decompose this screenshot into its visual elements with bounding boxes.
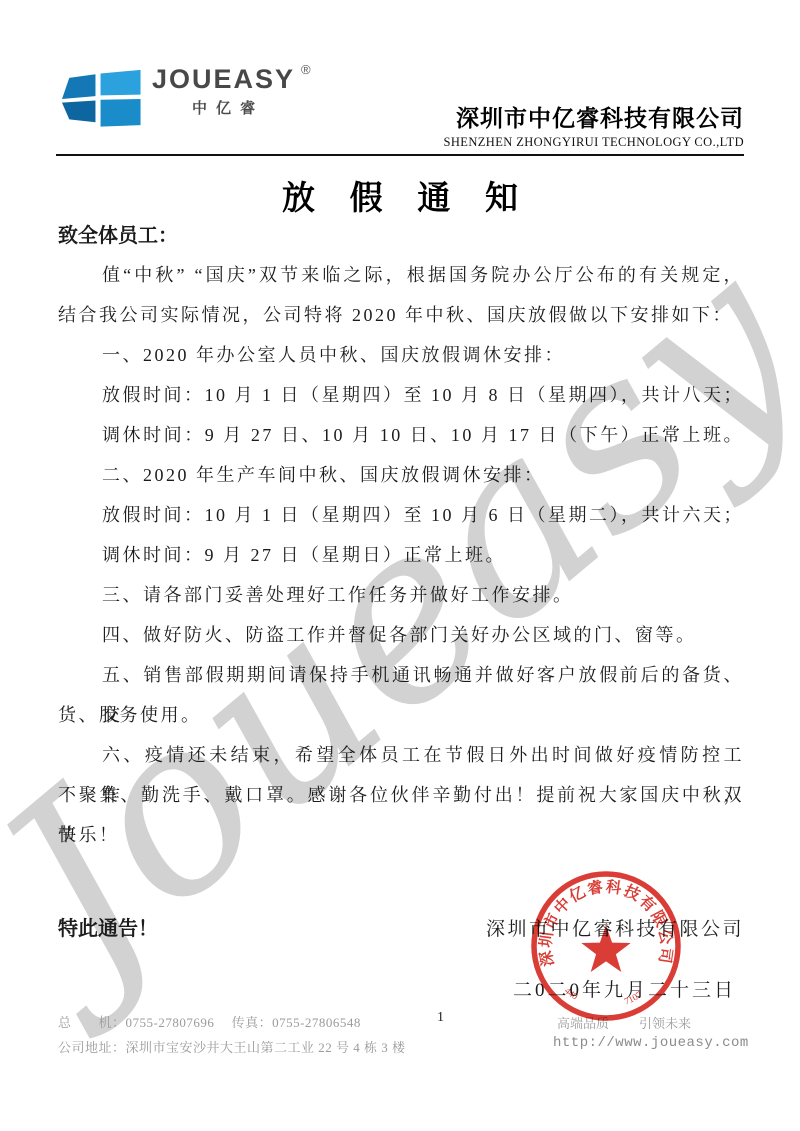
body-line: 结合我公司实际情况，公司特将 2020 年中秋、国庆放假做以下安排如下： — [58, 295, 744, 335]
body-line: 放假时间：10 月 1 日（星期四）至 10 月 6 日（星期二），共计六天； — [58, 495, 744, 535]
body-line: 调休时间：9 月 27 日（星期日）正常上班。 — [58, 535, 744, 575]
body-line: 二、2020 年生产车间中秋、国庆放假调休安排： — [58, 455, 744, 495]
body-line: 值“中秋” “国庆”双节来临之际，根据国务院办公厅公布的有关规定， — [58, 255, 744, 295]
salutation: 致全体员工： — [58, 219, 178, 248]
body-line: 放假时间：10 月 1 日（星期四）至 10 月 8 日（星期四），共计八天； — [58, 375, 744, 415]
body-line: 不聚集、勤洗手、戴口罩。感谢各位伙伴辛勤付出！提前祝大家国庆中秋双节 — [58, 775, 744, 815]
seal-star — [581, 925, 630, 972]
company-seal: 深圳市中亿睿科技有限公司 440 7107 — [530, 870, 682, 1022]
body-line: 一、2020 年办公室人员中秋、国庆放假调休安排： — [58, 335, 744, 375]
brand-name-cn: 中亿睿 — [152, 97, 311, 118]
body-line: 调休时间：9 月 27 日、10 月 10 日、10 月 17 日（下午）正常上… — [58, 415, 744, 455]
logo-text: JOUEASY ® 中亿睿 — [152, 64, 311, 118]
body-line: 快乐！ — [58, 815, 744, 855]
header-divider — [56, 154, 744, 156]
joueasy-flag-icon — [62, 68, 142, 130]
closing-note: 特此通告！ — [58, 912, 158, 941]
brand-wordmark: JOUEASY — [152, 64, 295, 94]
footer-address: 公司地址：深圳市宝安沙井大王山第二工业 22 号 4 栋 3 楼 — [58, 1037, 406, 1056]
website-url: http://www.joueasy.com — [553, 1035, 749, 1051]
body-line: 五、销售部假期期间请保持手机通讯畅通并做好客户放假前后的备货、交 — [58, 655, 744, 695]
company-name-en: SHENZHEN ZHONGYIRUI TECHNOLOGY CO.,LTD — [444, 135, 744, 150]
footer-phone-fax: 总 机：0755-27807696 传真：0755-27806548 — [58, 1012, 361, 1031]
letterhead: 深圳市中亿睿科技有限公司 SHENZHEN ZHONGYIRUI TECHNOL… — [444, 106, 744, 150]
company-name-cn: 深圳市中亿睿科技有限公司 — [444, 106, 744, 132]
notice-body: 值“中秋” “国庆”双节来临之际，根据国务院办公厅公布的有关规定，结合我公司实际… — [58, 255, 744, 855]
body-line: 四、做好防火、防盗工作并督促各部门关好办公区域的门、窗等。 — [58, 615, 744, 655]
registered-trademark-icon: ® — [301, 62, 311, 77]
seal-code-right: 7107 — [623, 990, 644, 1007]
body-line: 货、服务使用。 — [58, 695, 744, 735]
page-title: 放假通知 — [0, 172, 800, 219]
company-logo: JOUEASY ® 中亿睿 — [62, 64, 311, 130]
seal-code-left: 440 — [562, 986, 579, 1002]
body-line: 六、疫情还未结束，希望全体员工在节假日外出时间做好疫情防控工作， — [58, 735, 744, 775]
document-page: Joueasy JOUEASY ® 中亿睿 深圳市中亿睿科技有限公司 SHENZ… — [0, 0, 800, 1131]
body-line: 三、请各部门妥善处理好工作任务并做好工作安排。 — [58, 575, 744, 615]
page-number: 1 — [437, 1010, 444, 1026]
